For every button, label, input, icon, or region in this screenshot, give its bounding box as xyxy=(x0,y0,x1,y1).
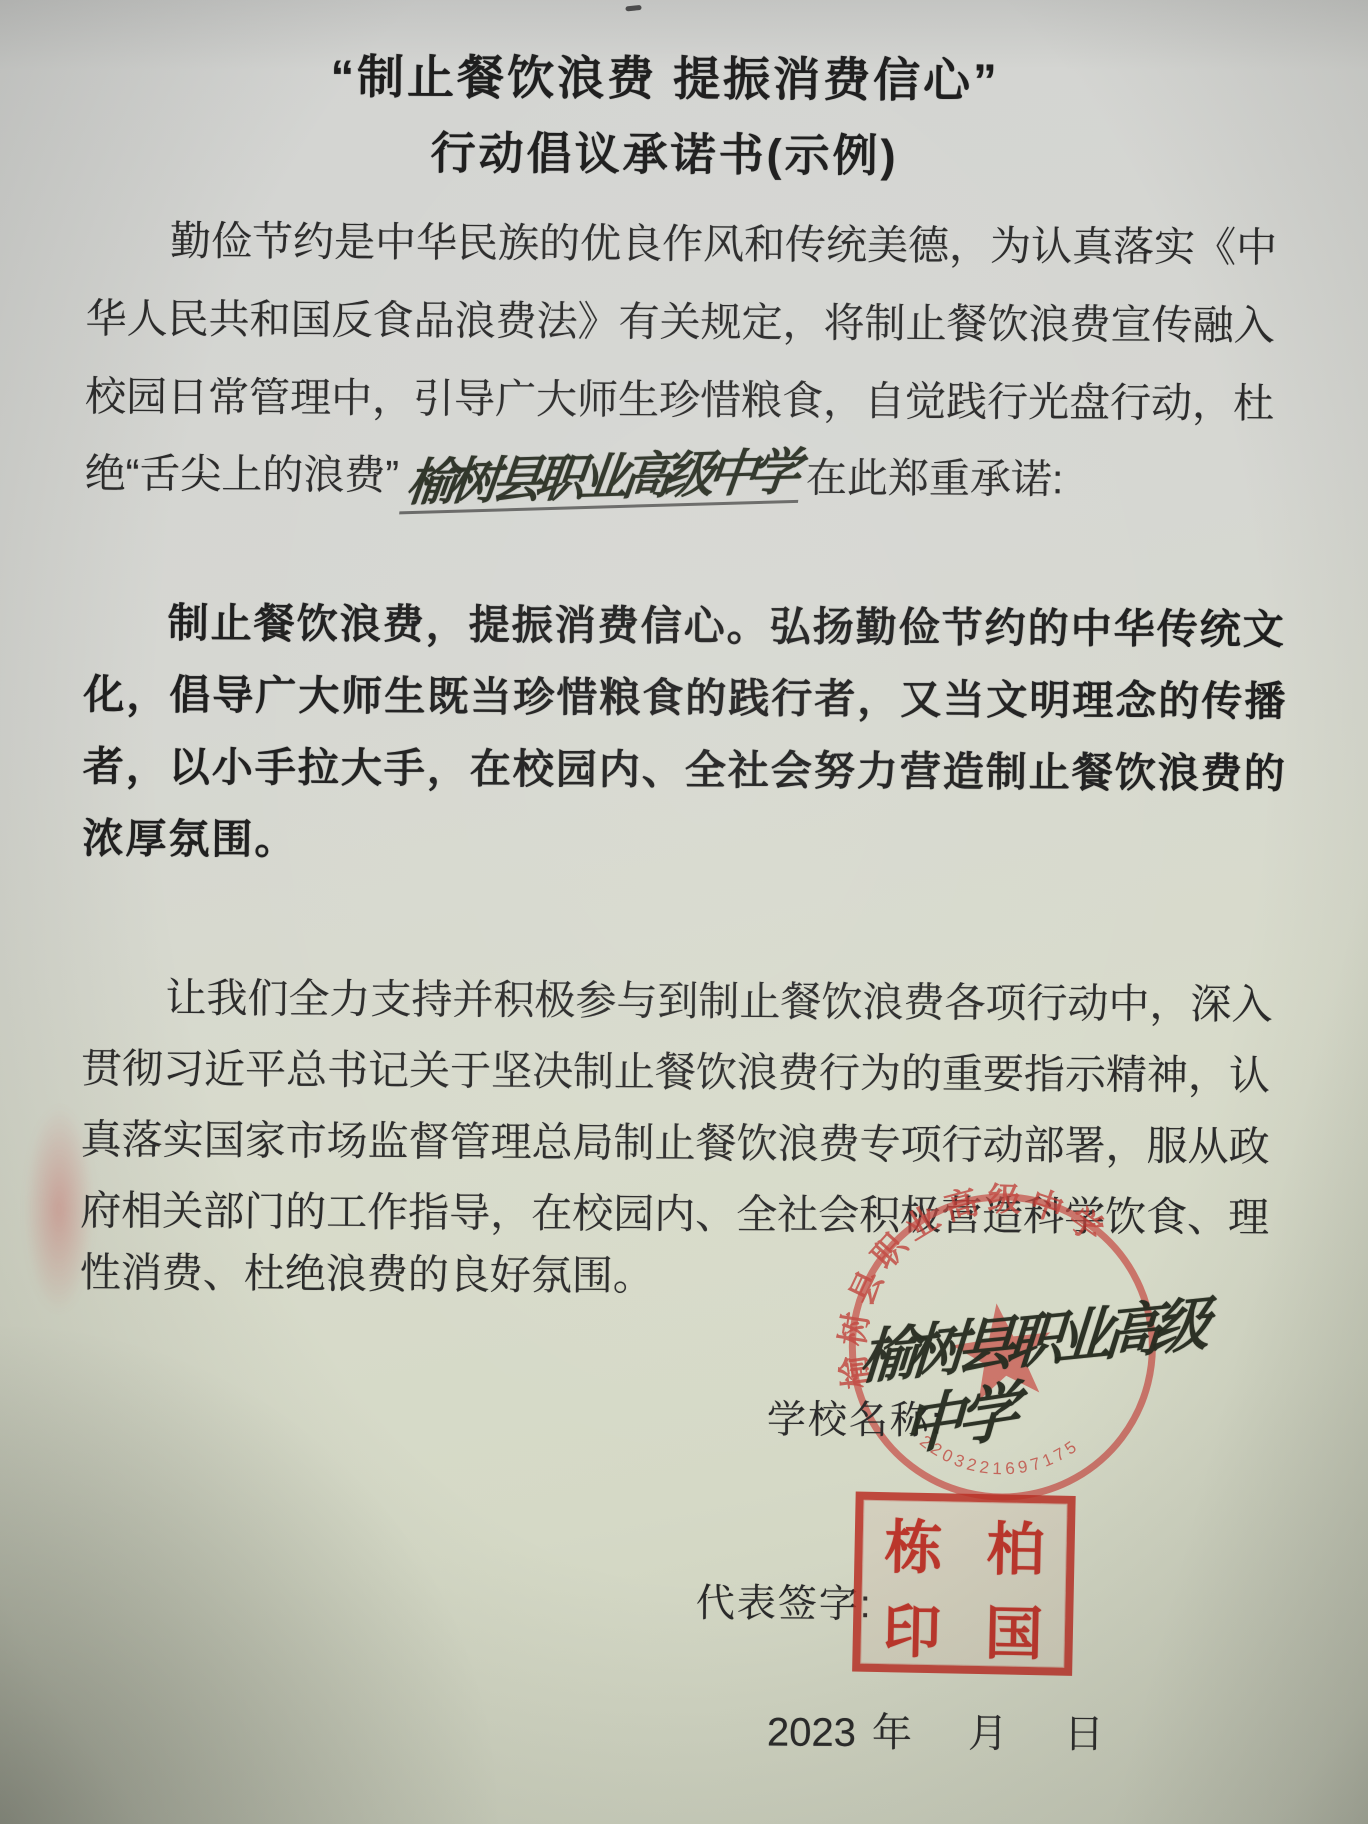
paragraph1-line3: 校园日常管理中，引导广大师生珍惜粮食，自觉践行光盘行动，杜 xyxy=(85,370,1285,429)
page-title-line-2: 行动倡议承诺书(示例) xyxy=(74,114,1254,186)
square-seal-char-1: 栋 xyxy=(862,1500,966,1586)
page-title-line-1: “制止餐饮浪费 提振消费信心” xyxy=(75,38,1255,112)
document-content: “制止餐饮浪费 提振消费信心” 行动倡议承诺书(示例) 勤俭节约是中华民族的优良… xyxy=(0,0,1368,1824)
paragraph3-line1: 让我们全力支持并积极参与到制止餐饮浪费各项行动中，深入 xyxy=(81,971,1281,1030)
photo-artifact-dash xyxy=(625,5,641,12)
square-seal: 栋 柏 印 国 xyxy=(852,1492,1076,1676)
paragraph2-line1: 制止餐饮浪费，提振消费信心。弘扬勤俭节约的中华传统文 xyxy=(84,596,1284,655)
document-photo: “制止餐饮浪费 提振消费信心” 行动倡议承诺书(示例) 勤俭节约是中华民族的优良… xyxy=(0,0,1368,1824)
date-month-char: 月 xyxy=(968,1712,1008,1756)
paragraph2-line4: 浓厚氛围。 xyxy=(82,812,1282,871)
paragraph2-line2: 化，倡导广大师生既当珍惜粮食的践行者，又当文明理念的传播 xyxy=(83,668,1283,727)
paragraph2-line3: 者，以小手拉大手，在校园内、全社会努力营造制止餐饮浪费的 xyxy=(83,740,1283,799)
paragraph1-line4-printed-end: 在此郑重承诺: xyxy=(806,455,1064,503)
date-line: 2023年月日 xyxy=(767,1701,1104,1760)
date-year: 2023 xyxy=(767,1711,856,1756)
handwritten-school-name-line2: 中学 xyxy=(900,1360,1016,1468)
square-seal-char-3: 印 xyxy=(860,1584,964,1670)
date-day-char: 日 xyxy=(1064,1712,1104,1756)
representative-signature-label: 代表签字: xyxy=(696,1572,873,1629)
handwritten-school-name-inline: 榆树县职业高级中学 xyxy=(399,446,804,515)
paragraph1-line4-printed-start: 绝“舌尖上的浪费” xyxy=(85,450,400,498)
date-year-char: 年 xyxy=(872,1711,912,1755)
paragraph1-line2: 华人民共和国反食品浪费法》有关规定，将制止餐饮浪费宣传融入 xyxy=(85,292,1285,351)
square-seal-char-2: 柏 xyxy=(964,1502,1068,1588)
square-seal-char-4: 国 xyxy=(962,1586,1066,1672)
paragraph3-line2: 贯彻习近平总书记关于坚决制止餐饮浪费行为的重要指示精神，认 xyxy=(81,1042,1281,1101)
paragraph1-line4: 绝“舌尖上的浪费”榆树县职业高级中学在此郑重承诺: xyxy=(84,444,1284,508)
paragraph1-line1: 勤俭节约是中华民族的优良作风和传统美德，为认真落实《中 xyxy=(86,214,1286,273)
